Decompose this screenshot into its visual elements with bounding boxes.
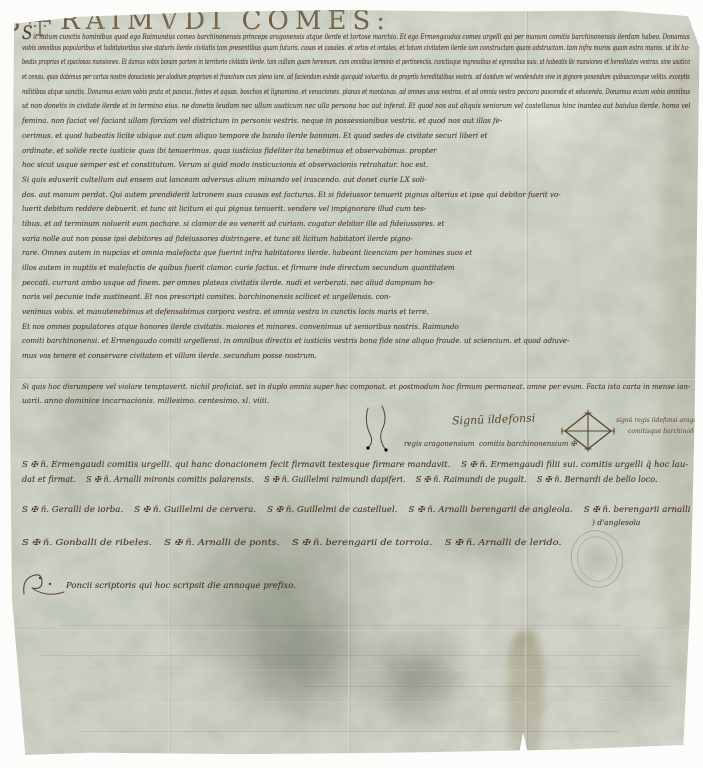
charter-text-line: noris vel pecunie inde sustineant. Et no…	[22, 290, 690, 305]
closing-formula-block: Si quis hoc disrumpere vel violare tempt…	[22, 380, 694, 407]
charter-text-line: tibus. et ad terminum noluerit eum pacha…	[22, 217, 690, 232]
charter-text-line: dos. aut manum perdat. Qui autem prendid…	[22, 188, 690, 203]
charter-text-line: rare. Omnes autem in nupcias et omnia ma…	[22, 246, 690, 261]
charter-text-line: mus vos tenere et conservare civitatem e…	[22, 349, 690, 364]
alfonso-caption-2: comitisque barchinoñ	[628, 428, 694, 435]
charter-text-line: Si quis eduxerit cultellum aut ensem aut…	[22, 173, 690, 188]
witness-line-a1: S ✠ ñ. Ermengaudi comitis urgelli. qui h…	[22, 460, 688, 469]
stain-blob	[330, 600, 500, 760]
crease-line	[12, 700, 697, 703]
main-text-block: Sit notum cunctis hominibus quod ego Rai…	[22, 26, 694, 364]
charter-text-line: Sit notum cunctis hominibus quod ego Rai…	[22, 26, 562, 41]
parchment: Sit notum cunctis hominibus quod ego Rai…	[0, 0, 703, 768]
alfonso-diamond-signum	[561, 410, 615, 452]
charter-text-line: vobis omnibus popularibus et habitatorib…	[22, 41, 529, 56]
notary-line: Poncii scriptoris qui hoc scripsit die a…	[66, 581, 296, 591]
alfonso-caption-1: signū regis ildefonsi aragoñ	[616, 417, 701, 424]
ruling-line	[60, 625, 620, 626]
charter-text-line: Et nos omnes populatores atque honores i…	[22, 320, 690, 335]
witness-line-b-sub: ) d'anglesola	[592, 518, 640, 527]
charter-text-line: cerimus. et quod habeatis licite ubique …	[22, 129, 690, 144]
closing-text-line: Si quis hoc disrumpere vel violare tempt…	[22, 380, 645, 394]
charter-text-line: luerit debitum reddere debuerit. et tunc…	[22, 202, 690, 217]
ruling-line	[40, 655, 640, 656]
witness-line-b: S ✠ ñ. Geralli de iorba. S ✠ ñ. Guillelm…	[22, 505, 691, 514]
ruling-line	[300, 686, 670, 687]
ruling-line	[80, 731, 620, 732]
charter-text-line: illos autem in nuptiis et malefactis de …	[22, 261, 690, 276]
witness-line-a2: dat et firmat. S ✠ ñ. Arnalli mironis co…	[22, 475, 658, 484]
alfonso-flourish	[362, 404, 392, 454]
charter-text-line: comiti barchinonensi. et Ermengaudo comi…	[22, 334, 690, 349]
crease-line	[12, 668, 697, 671]
closing-text-line: uarii. anno dominice incarnacionis. mill…	[22, 394, 690, 408]
charter-text-line: venimus vobis. et manutenebimus et defen…	[22, 305, 690, 320]
charter-text-line: peccati. currant ambo usque ad finem. pe…	[22, 276, 690, 291]
charter-text-line: militibus atque sanctis. Donamus eciam v…	[22, 85, 534, 100]
charter-text-line: ordinate. et solide recte iusticie quas …	[22, 144, 690, 159]
crease-line	[12, 628, 697, 631]
charter-text-line: hoc sicut usque semper est et constitutu…	[22, 158, 690, 173]
charter-photo: Sit notum cunctis hominibus quod ego Rai…	[0, 0, 703, 768]
alfonso-title-line: regis aragonensium comitis barchinonensi…	[404, 440, 577, 448]
charter-text-line: varia nolle aut non posse ipsi debitores…	[22, 232, 690, 247]
charter-text-line: et censu. quas dabimus per cartas nostre…	[22, 70, 493, 85]
charter-text-line: femina. non faciat vel faciant ullam for…	[22, 114, 690, 129]
witness-line-c: S ✠ ñ. Gonballi de ribeles. S ✠ ñ. Arnal…	[22, 538, 561, 547]
charter-text-line: beatis proprias et spaciosas mansiones. …	[22, 55, 483, 70]
notary-signum-flourish	[20, 572, 66, 602]
stain-blob	[380, 470, 590, 590]
charter-text-line: ut non donetis in civitate ilerde et in …	[22, 99, 608, 114]
